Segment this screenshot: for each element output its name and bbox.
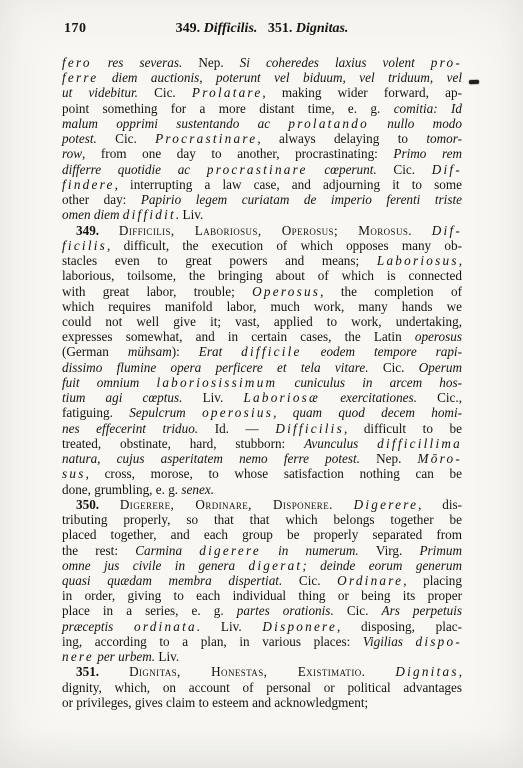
text-line: 349. Difficilis, Laboriosus, Operosus; M… [62, 223, 462, 238]
text-segment: comitia: Id [394, 101, 462, 116]
text-segment: Cic. [299, 573, 337, 588]
text-line: dissimo flumine opera perficere et tela … [62, 360, 462, 375]
text-segment: ficilis [62, 238, 107, 253]
text-segment: , always delaying to [257, 131, 426, 146]
text-line: findere, interrupting a law case, and ad… [62, 177, 462, 192]
text-segment: digerere [199, 543, 261, 558]
text-segment: omne jus civile in genera [62, 558, 249, 573]
text-segment: Cic. [154, 85, 192, 100]
text-line: nere per urbem. Liv. [62, 649, 462, 664]
text-segment: place in a series, e. g. [62, 603, 237, 618]
text-segment: dignity, which, on account of personal o… [62, 680, 462, 695]
text-segment: Liv. [158, 649, 179, 664]
text-segment: fuit omnium [62, 375, 156, 390]
text-segment: differre quotidie ac [62, 162, 207, 177]
text-segment: , [459, 253, 462, 268]
text-segment: stacles even to great powers and means; [62, 253, 377, 268]
text-segment: tium agi cœptus. [62, 390, 203, 405]
text-segment: Laboriosæ [243, 390, 320, 405]
text-segment: Cic. [383, 360, 419, 375]
text-segment: senex. [181, 482, 214, 497]
text-segment: , disposing, plac- [337, 619, 462, 634]
text-line: (German mühsam): Erat difficile eodem te… [62, 344, 462, 359]
text-line: ficilis, difficult, the execution of whi… [62, 238, 462, 253]
text-segment: , quam quod decem homi- [273, 405, 462, 420]
text-segment: 351. [268, 21, 296, 36]
text-segment: Nep. [376, 451, 417, 466]
text-segment: Cic., [437, 390, 462, 405]
text-line: with great labor, trouble; Operosus, the… [62, 284, 462, 299]
text-line: the rest: Carmina digerere in numerum. V… [62, 543, 462, 558]
text-segment: Primo rem [393, 146, 462, 161]
text-line: omen diem diffidit. Liv. [62, 207, 462, 222]
text-segment: sus [62, 466, 86, 481]
text-segment: Cic. [347, 603, 382, 618]
text-line: expresses somewhat, and in certain cases… [62, 329, 462, 344]
text-line: could not well give it; vast, applied to… [62, 314, 462, 329]
text-line: in order, giving to each individual thin… [62, 588, 462, 603]
scan-artifact-dash [469, 80, 479, 84]
text-segment: procrastinare [207, 162, 308, 177]
text-segment: Digerere, Ordinare, Disponere. [120, 497, 333, 512]
text-segment: Cic. [393, 162, 431, 177]
text-segment: mühsam [128, 344, 172, 359]
text-segment: 351. [76, 664, 129, 679]
text-segment: Difficilis. [204, 21, 258, 36]
text-line: which requires manifold labor, much work… [62, 299, 462, 314]
text-segment: , difficult to be [344, 421, 462, 436]
text-line: place in a series, e. g. partes orationi… [62, 603, 462, 618]
text-segment: Vigilias [363, 634, 416, 649]
book-page: 170 349. Difficilis. 351. Dignitas. fero… [0, 0, 523, 768]
text-segment: digerat [249, 558, 303, 573]
text-segment: 350. [76, 497, 120, 512]
text-segment: findere [62, 177, 115, 192]
text-segment: row [62, 146, 82, 161]
text-segment: treated, obstinate, hard, stubborn: [62, 436, 304, 451]
text-segment: Digerere [354, 497, 419, 512]
text-segment: natura, cujus asperitatem nemo ferre pot… [62, 451, 376, 466]
text-line: or privileges, gives claim to esteem and… [62, 695, 462, 710]
text-segment: , [459, 664, 462, 679]
text-segment: Laboriosus [377, 253, 459, 268]
text-segment: ): [172, 344, 199, 359]
text-line: point something for a more distant time,… [62, 101, 462, 116]
text-segment: . [197, 619, 221, 634]
text-segment: potest. [62, 131, 115, 146]
text-segment: præceptis [62, 619, 134, 634]
text-segment: . [176, 207, 183, 222]
text-segment: diffidit [123, 207, 176, 222]
text-line: other day: Papirio legem curiatam de imp… [62, 192, 462, 207]
text-segment: Prolatare [192, 85, 263, 100]
text-segment: could not well give it; vast, applied to… [62, 314, 462, 329]
text-line: treated, obstinate, hard, stubborn: Avun… [62, 436, 462, 451]
text-segment: omen diem [62, 207, 123, 222]
text-line: potest. Cic. Procrastinare, always delay… [62, 131, 462, 146]
text-line: præceptis ordinata. Liv. Disponere, disp… [62, 619, 462, 634]
text-segment: Erat [199, 344, 241, 359]
text-segment: Dif- [432, 223, 462, 238]
text-line: tributing properly, so that that which b… [62, 512, 462, 527]
text-segment: tributing properly, so that that which b… [62, 512, 462, 527]
text-segment: done, grumbling, e. g. [62, 482, 181, 497]
text-segment: Difficilis, Laboriosus, Operosus; Morosu… [119, 223, 412, 238]
text-segment: cœperunt. [308, 162, 394, 177]
text-segment: difficile [241, 344, 301, 359]
text-segment: per urbem. [94, 649, 158, 664]
text-segment: operosus [415, 329, 462, 344]
text-segment: , dis- [418, 497, 462, 512]
text-segment: operosius [202, 405, 273, 420]
page-body: fero res severas. Nep. Si coheredes laxi… [62, 55, 462, 710]
text-segment: , the completion of [320, 284, 462, 299]
text-segment: Ars perpetuis [382, 603, 462, 618]
text-segment: placed together, and each group be prope… [62, 527, 462, 542]
text-segment: dissimo flumine opera perficere et tela … [62, 360, 383, 375]
text-segment: the rest: [62, 543, 135, 558]
text-segment: Virg. [376, 543, 420, 558]
text-segment: difficillima [377, 436, 462, 451]
text-segment: quasi quædam membra dispertiat. [62, 573, 299, 588]
text-segment: Difficilis [275, 421, 344, 436]
text-line: 350. Digerere, Ordinare, Disponere. Dige… [62, 497, 462, 512]
text-segment: , cross, morose, to whose satisfaction n… [86, 466, 462, 481]
text-segment: which requires manifold labor, much work… [62, 299, 462, 314]
text-segment: Mōro- [418, 451, 462, 466]
text-line: fuit omnium laboriosissimum cuniculus in… [62, 375, 462, 390]
text-segment: Dignitas, Honestas, Existimatio. [129, 664, 365, 679]
text-segment: malum opprimi sustentando ac [62, 116, 288, 131]
text-segment: with great labor, trouble; [62, 284, 252, 299]
text-segment: , difficult, the execution of which oppo… [107, 238, 462, 253]
text-segment: prolatando [288, 116, 369, 131]
text-line: malum opprimi sustentando ac prolatando … [62, 116, 462, 131]
text-segment: laboriosissimum [156, 375, 277, 390]
text-segment: ordinata [134, 619, 197, 634]
text-segment: in numerum. [261, 543, 376, 558]
text-segment: ferre [62, 70, 98, 85]
text-segment: Dignitas [395, 664, 458, 679]
page-header: 170 349. Difficilis. 351. Dignitas. [62, 21, 462, 39]
text-segment: Operum [419, 360, 462, 375]
text-segment: Nep. [198, 55, 239, 70]
text-segment: point something for a more distant time,… [62, 101, 394, 116]
text-segment: , placing [403, 573, 462, 588]
text-line: tium agi cœptus. Liv. Laboriosæ exercita… [62, 390, 462, 405]
text-segment: cuniculus in arcem hos- [277, 375, 462, 390]
text-line: ing, according to a plan, in various pla… [62, 634, 462, 649]
text-line: 351. Dignitas, Honestas, Existimatio. Di… [62, 664, 462, 679]
text-line: row, from one day to another, procrastin… [62, 146, 462, 161]
text-line: placed together, and each group be prope… [62, 527, 462, 542]
text-segment: , from one day to another, procrastinati… [82, 146, 393, 161]
text-line: fero res severas. Nep. Si coheredes laxi… [62, 55, 462, 70]
text-segment: Procrastinare [155, 131, 257, 146]
text-segment: nere [62, 649, 94, 664]
text-segment: Operosus [252, 284, 320, 299]
text-segment: , making wider forward, ap- [262, 85, 462, 100]
text-segment: Primum [419, 543, 462, 558]
text-line: ut videbitur. Cic. Prolatare, making wid… [62, 85, 462, 100]
text-segment: Cic. [115, 131, 155, 146]
text-segment: Disponere [262, 619, 337, 634]
text-segment: fatiguing. [62, 405, 129, 420]
text-segment: Liv. [221, 619, 262, 634]
text-segment: Avunculus [304, 436, 377, 451]
text-segment: pro- [431, 55, 462, 70]
text-segment: res severas. [92, 55, 199, 70]
text-line: stacles even to great powers and means; … [62, 253, 462, 268]
text-segment: Sepulcrum [129, 405, 202, 420]
text-segment: dispo- [416, 634, 462, 649]
text-segment: , interrupting a law case, and adjournin… [115, 177, 462, 192]
text-segment: tomor- [426, 131, 462, 146]
text-segment: nullo modo [369, 116, 462, 131]
text-line: laborious, toilsome, the bringing about … [62, 268, 462, 283]
text-line: sus, cross, morose, to whose satisfactio… [62, 466, 462, 481]
text-line: natura, cujus asperitatem nemo ferre pot… [62, 451, 462, 466]
text-line: ferre diem auctionis, poterunt vel biduu… [62, 70, 462, 85]
text-segment: ut videbitur. [62, 85, 154, 100]
text-segment: ing, according to a plan, in various pla… [62, 634, 363, 649]
text-segment: laborious, toilsome, the bringing about … [62, 268, 462, 283]
text-segment: Dif- [432, 162, 462, 177]
text-segment: exercitationes. [320, 390, 437, 405]
text-segment: or privileges, gives claim to esteem and… [62, 695, 368, 710]
text-segment [257, 21, 268, 36]
text-segment [333, 497, 354, 512]
text-segment: Si coheredes laxius volent [240, 55, 431, 70]
text-segment: Liv. [203, 390, 244, 405]
text-line: done, grumbling, e. g. senex. [62, 482, 462, 497]
text-segment: partes orationis. [237, 603, 347, 618]
text-segment: diem auctionis, poterunt vel biduum, vel… [98, 70, 462, 85]
text-segment [412, 223, 432, 238]
text-segment: nes effecerint triduo. [62, 421, 215, 436]
text-segment: eodem tempore rapi- [302, 344, 462, 359]
text-segment [365, 664, 395, 679]
text-segment: Liv. [183, 207, 204, 222]
text-line: dignity, which, on account of personal o… [62, 680, 462, 695]
text-segment: Ordinare [337, 573, 403, 588]
text-line: fatiguing. Sepulcrum operosius, quam quo… [62, 405, 462, 420]
text-segment: in order, giving to each individual thin… [62, 588, 462, 603]
text-segment: (German [62, 344, 128, 359]
text-segment: ; deinde eorum generum [302, 558, 462, 573]
text-line: nes effecerint triduo. Id. — Difficilis,… [62, 421, 462, 436]
running-title: 349. Difficilis. 351. Dignitas. [62, 21, 462, 37]
text-segment: 349. [76, 223, 119, 238]
text-line: quasi quædam membra dispertiat. Cic. Ord… [62, 573, 462, 588]
text-segment: Id. — [215, 421, 276, 436]
text-segment: Papirio legem curiatam de imperio ferent… [141, 192, 462, 207]
text-line: differre quotidie ac procrastinare cœper… [62, 162, 462, 177]
text-segment: other day: [62, 192, 141, 207]
text-segment: Carmina [135, 543, 199, 558]
text-segment: expresses somewhat, and in certain cases… [62, 329, 415, 344]
text-segment: Dignitas. [296, 21, 349, 36]
text-segment: 349. [176, 21, 204, 36]
text-segment: fero [62, 55, 92, 70]
text-line: omne jus civile in genera digerat; deind… [62, 558, 462, 573]
